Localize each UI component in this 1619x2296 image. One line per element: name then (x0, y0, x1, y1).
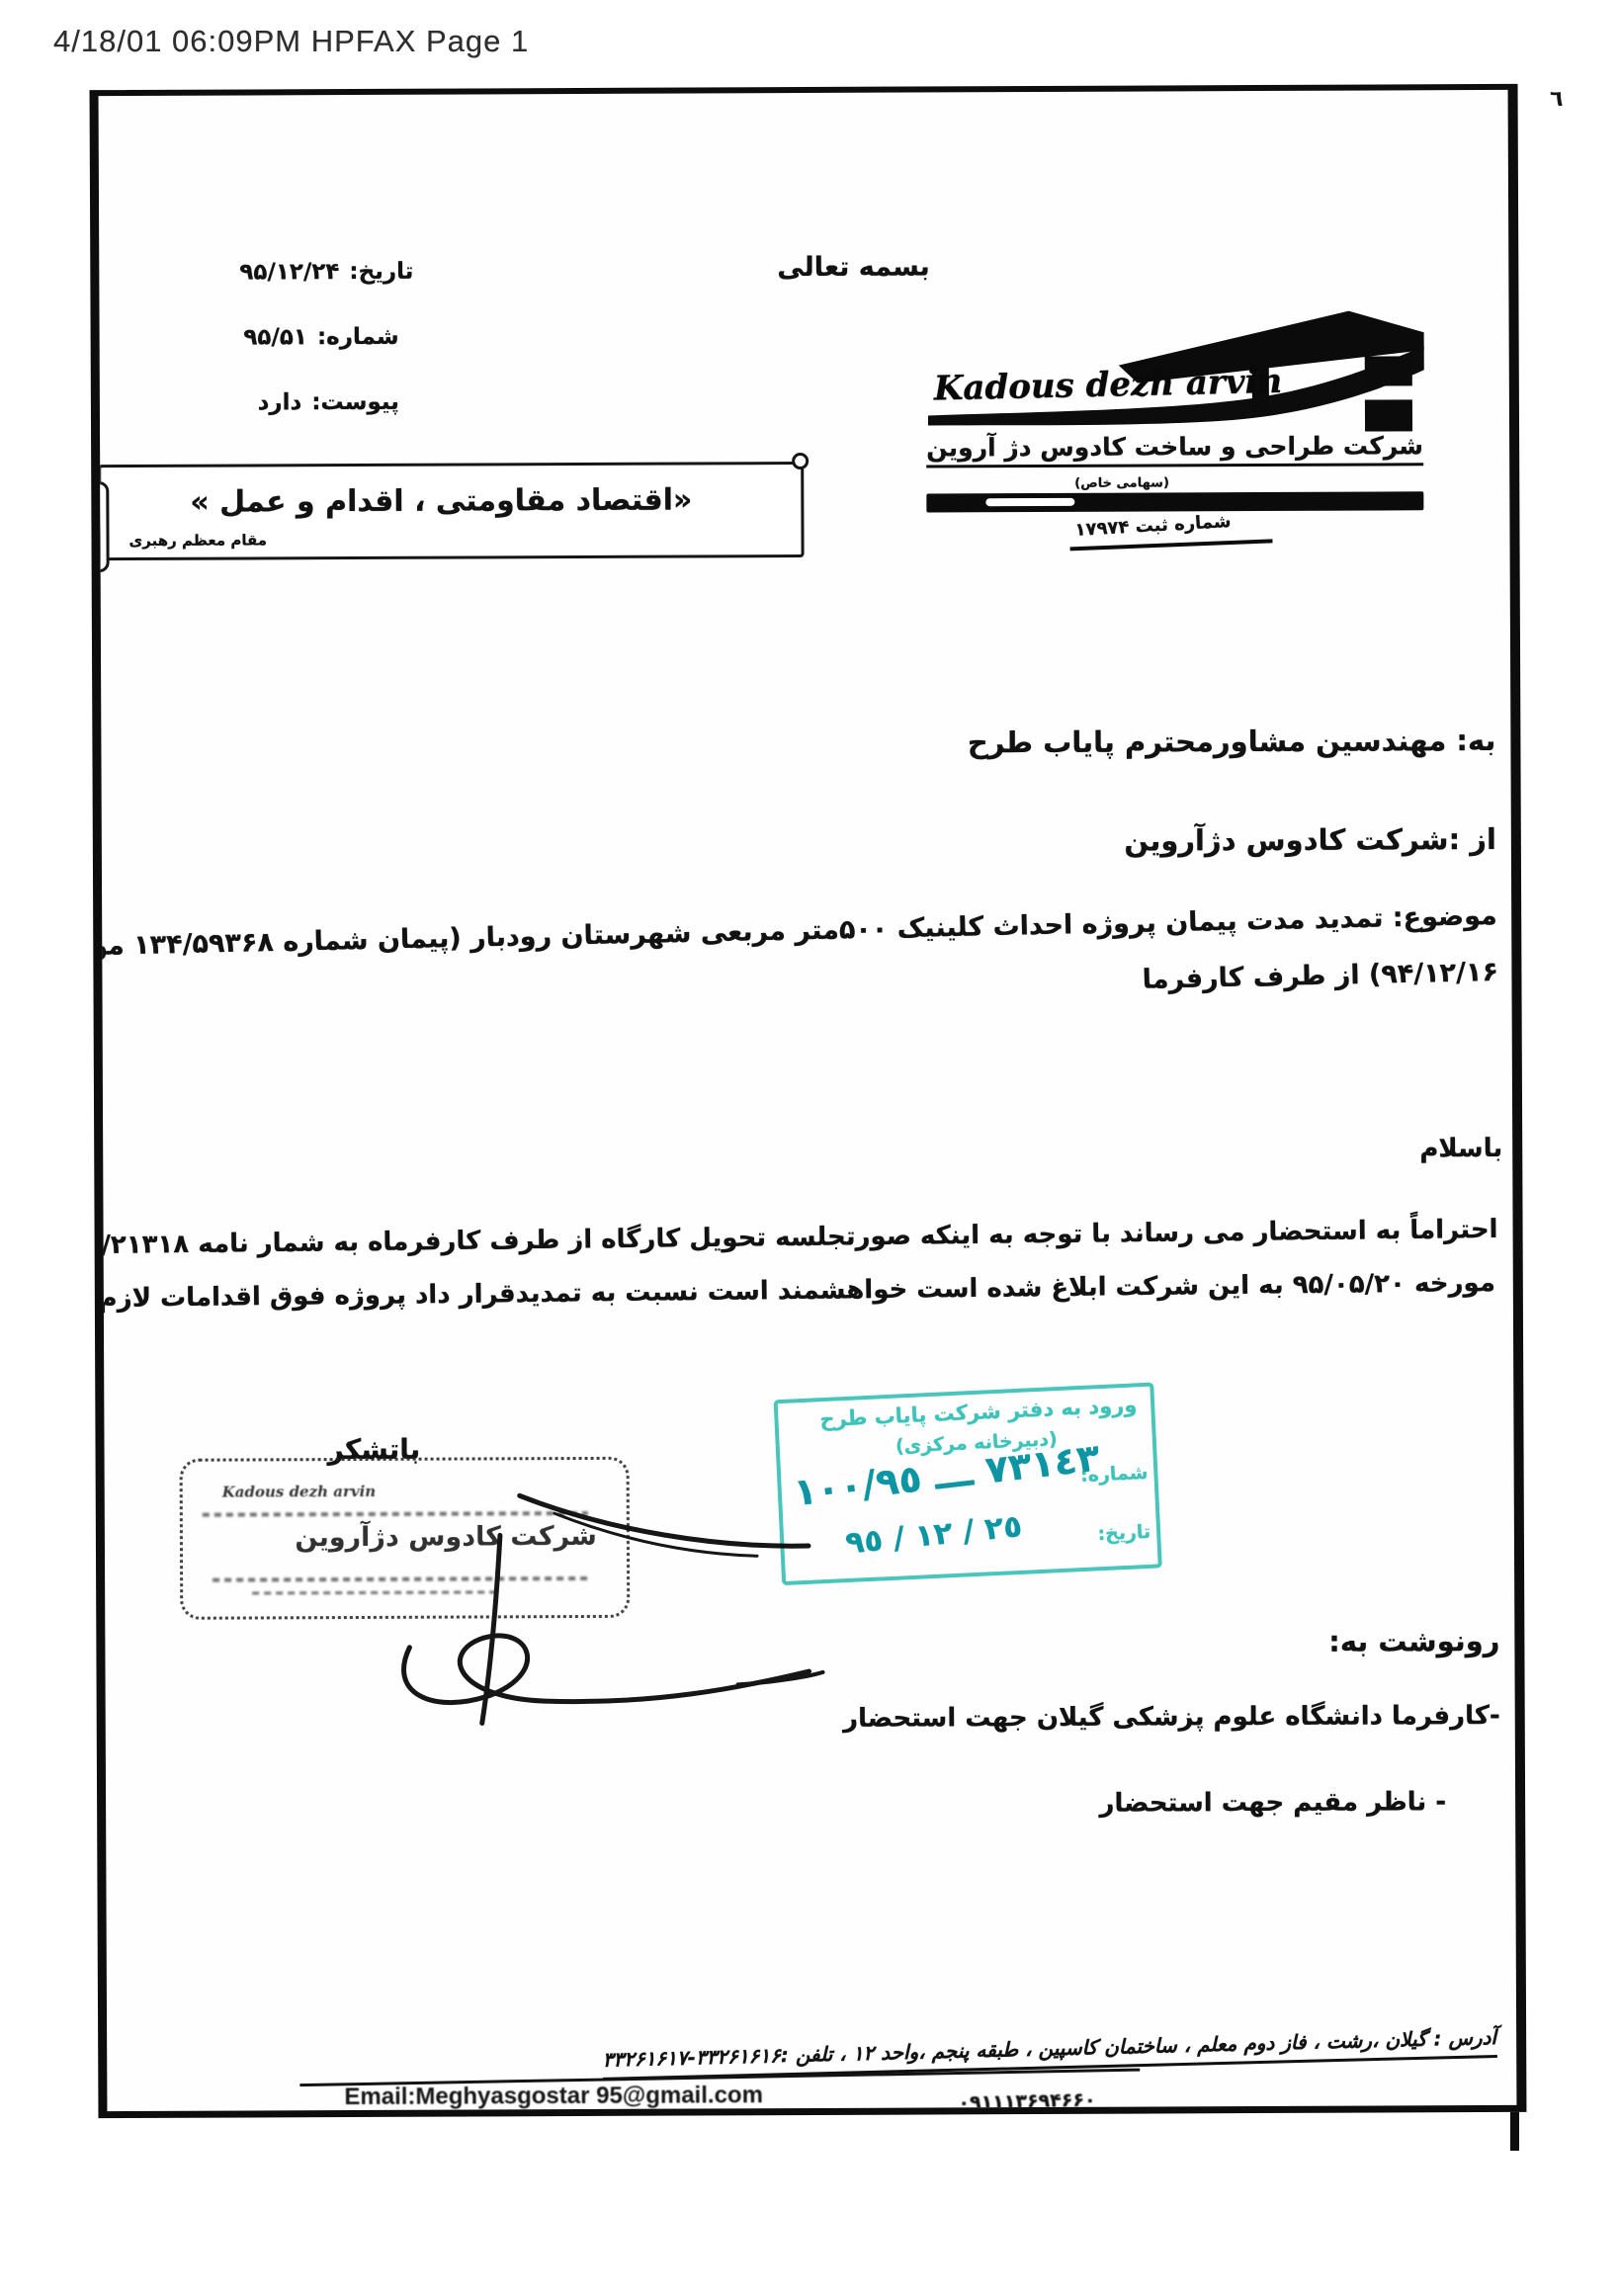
letter-to-line: به: مهندسین مشاورمحترم پایاب طرح (968, 723, 1496, 759)
entry-stamp-date-handwritten: ٢٥ / ١٢ / ٩٥ (844, 1508, 1024, 1561)
entry-stamp-title: ورود به دفتر شرکت پایاب طرح (819, 1393, 1138, 1431)
cc-item-resident-supervisor: - ناظر مقیم جهت استحضار (1099, 1787, 1446, 1819)
logo-company-type: (سهامی خاص) (1074, 475, 1169, 490)
letter-number-row: شماره:۹۵/۵۱ (243, 324, 398, 351)
salutation: باسلام (1419, 1134, 1502, 1163)
cc-header: رونوشت به: (1328, 1624, 1499, 1658)
slogan-text: «اقتصاد مقاومتی ، اقدام و عمل » (190, 483, 692, 520)
slogan-scroll-box: «اقتصاد مقاومتی ، اقدام و عمل » مقام معظ… (98, 462, 804, 560)
subject-line-1: موضوع: تمدید مدت پیمان پروژه احداث کلینی… (90, 900, 1497, 963)
entry-stamp-date-label: تاریخ: (1097, 1521, 1151, 1545)
logo-black-bar (926, 491, 1423, 512)
bismillah-text: بسمه تعالی (777, 251, 930, 283)
footer-email: Email:Meghyasgostar 95@gmail.com (344, 2082, 763, 2111)
footer-mobile-number: ۰۹۱۱۱۳۶۹۴۶۶۰ (958, 2089, 1096, 2114)
date-label: تاریخ: (349, 259, 413, 285)
logo-registration-underline (1070, 539, 1273, 551)
logo-company-name: شرکت طراحی و ساخت کادوس دژ آروین (926, 431, 1423, 468)
body-line-1: احتراماً به استحضار می رساند با توجه به … (90, 1215, 1498, 1261)
scroll-curl-right-icon (792, 453, 809, 469)
letter-subject-block: موضوع: تمدید مدت پیمان پروژه احداث کلینی… (90, 900, 1499, 1019)
logo-bar-slot (985, 498, 1074, 506)
scroll-curl-left-icon (90, 481, 110, 572)
logo-registration-number: شماره ثبت ۱۷۹۷۴ (1074, 511, 1232, 541)
attachment-label: پیوست: (311, 389, 399, 415)
cc-item-employer: -کارفرما دانشگاه علوم پزشکی گیلان جهت اس… (843, 1701, 1500, 1734)
company-logo: Kadous dezh arvin شرکت طراحی و ساخت کادو… (926, 306, 1426, 565)
letter-from-line: از :شرکت کادوس دژآروین (1124, 822, 1496, 858)
signature-scrawl (204, 1443, 837, 1743)
attachment-value: دارد (258, 389, 302, 415)
body-line-2: مورخه ۹۵/۰۵/۲۰ به این شرکت ابلاغ شده است… (90, 1268, 1496, 1316)
document-border-frame: بسمه تعالی تاریخ:۹۵/۱۲/۲۴ شماره:۹۵/۵۱ پی… (90, 84, 1527, 2118)
fax-transmission-header: 4/18/01 06:09PM HPFAX Page 1 (53, 24, 529, 59)
scanned-fax-page: 4/18/01 06:09PM HPFAX Page 1 ٦ · بسمه تع… (0, 0, 1619, 2296)
date-value: ۹۵/۱۲/۲۴ (239, 259, 339, 285)
scan-artifact-mark: ٦ (1550, 87, 1563, 112)
number-value: ۹۵/۵۱ (243, 324, 307, 350)
letter-date-row: تاریخ:۹۵/۱۲/۲۴ (239, 259, 413, 286)
number-label: شماره: (317, 324, 399, 350)
letter-attachment-row: پیوست:دارد (258, 389, 399, 416)
slogan-attribution: مقام معظم رهبری (128, 531, 267, 550)
logo-latin-name: Kadous dezh arvin (933, 362, 1282, 409)
subject-line-2: ۹۴/۱۲/۱۶) از طرف کارفرما (90, 957, 1499, 1019)
entry-registry-stamp: ورود به دفتر شرکت پایاب طرح (دبیرخانه مر… (774, 1382, 1162, 1585)
